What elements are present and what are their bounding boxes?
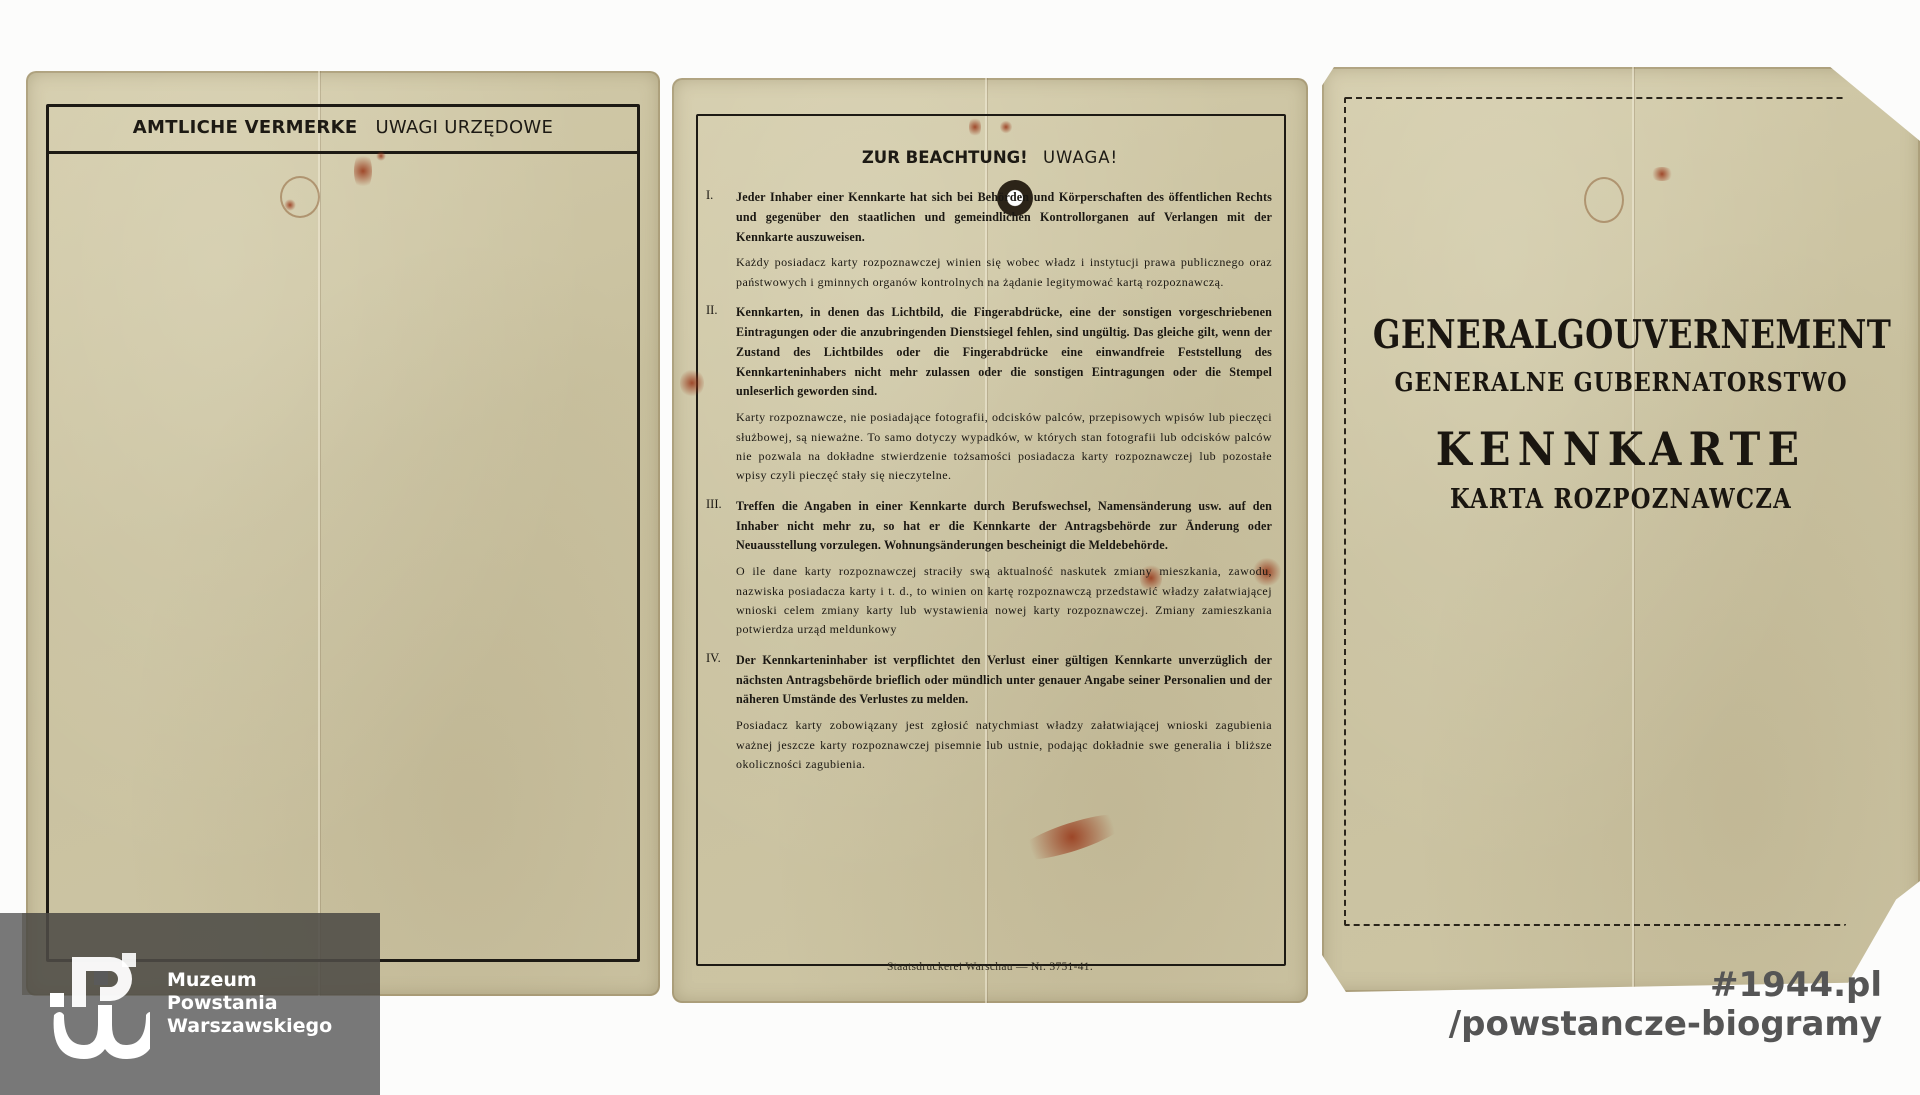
page-instructions: ZUR BEACHTUNG! UWAGA! I. Jeder Inhaber e… — [672, 78, 1308, 1003]
section-numeral: I. — [706, 188, 713, 203]
section-text-polish: Karty rozpoznawcze, nie posiadające foto… — [736, 408, 1272, 486]
cover-title-german-authority: GENERALGOUVERNEMENT — [1373, 312, 1869, 358]
rust-stain — [1000, 120, 1012, 134]
site-brand: #1944.pl /powstancze-biogramy — [1449, 966, 1882, 1044]
rust-stain — [1650, 167, 1674, 181]
kotwica-anchor-logo-icon — [50, 953, 150, 1061]
punch-hole-mark — [280, 176, 320, 218]
museum-name-line: Powstania — [167, 992, 332, 1015]
rust-stain — [969, 116, 981, 138]
section-numeral: II. — [706, 303, 717, 318]
header-rule — [46, 151, 640, 154]
section-numeral: III. — [706, 497, 722, 512]
title-german: AMTLICHE VERMERKE — [133, 117, 358, 138]
section-text-german: Der Kennkarteninhaber ist verpflichtet d… — [736, 651, 1272, 710]
section-text-german: Treffen die Angaben in einer Kennkarte d… — [736, 497, 1272, 556]
rust-stain — [680, 368, 704, 398]
brand-path: /powstancze-biogramy — [1449, 1005, 1882, 1044]
instruction-section: III. Treffen die Angaben in einer Kennka… — [706, 497, 1272, 640]
museum-name-line: Warszawskiego — [167, 1015, 332, 1038]
section-text-polish: Każdy posiadacz karty rozpoznawczej wini… — [736, 253, 1272, 292]
instruction-section: IV. Der Kennkarteninhaber ist verpflicht… — [706, 651, 1272, 775]
section-text-german: Jeder Inhaber einer Kennkarte hat sich b… — [736, 188, 1272, 247]
instruction-section: I. Jeder Inhaber einer Kennkarte hat sic… — [706, 188, 1272, 292]
title-polish: UWAGI URZĘDOWE — [375, 117, 553, 138]
section-text-polish: O ile dane karty rozpoznawczej straciły … — [736, 562, 1272, 640]
rust-stain — [376, 151, 386, 161]
title-german: ZUR BEACHTUNG! — [862, 148, 1028, 167]
section-numeral: IV. — [706, 651, 721, 666]
official-notes-title: AMTLICHE VERMERKE UWAGI URZĘDOWE — [26, 117, 660, 138]
instruction-section: II. Kennkarten, in denen das Lichtbild, … — [706, 303, 1272, 486]
page-border — [46, 104, 640, 962]
cover-title-polish-card: KARTA ROZPOZNAWCZA — [1370, 484, 1872, 515]
page-cover: GENERALGOUVERNEMENT GENERALNE GUBERNATOR… — [1322, 67, 1920, 992]
section-text-polish: Posiadacz karty zobowiązany jest zgłosić… — [736, 716, 1272, 774]
punch-hole-mark — [1584, 177, 1624, 223]
cover-title-polish-authority: GENERALNE GUBERNATORSTWO — [1364, 368, 1878, 398]
document-scan: AMTLICHE VERMERKE UWAGI URZĘDOWE ZUR BEA… — [0, 0, 1920, 1095]
cover-title-kennkarte: KENNKARTE — [1352, 422, 1890, 476]
brand-domain: #1944.pl — [1449, 966, 1882, 1005]
instructions-list: I. Jeder Inhaber einer Kennkarte hat sic… — [706, 188, 1272, 785]
museum-name-line: Muzeum — [167, 969, 332, 992]
rust-stain — [284, 199, 296, 211]
section-text-german: Kennkarten, in denen das Lichtbild, die … — [736, 303, 1272, 402]
museum-watermark: Muzeum Powstania Warszawskiego — [0, 913, 380, 1095]
printer-imprint: Staatsdruckerei Warschau — Nr. 3751-41. — [672, 961, 1308, 973]
cover-title-block: GENERALGOUVERNEMENT GENERALNE GUBERNATOR… — [1322, 312, 1920, 515]
museum-name: Muzeum Powstania Warszawskiego — [167, 969, 332, 1038]
rust-stain — [354, 151, 372, 191]
instructions-title: ZUR BEACHTUNG! UWAGA! — [672, 148, 1308, 167]
title-polish: UWAGA! — [1043, 148, 1118, 167]
page-official-notes: AMTLICHE VERMERKE UWAGI URZĘDOWE — [26, 71, 660, 996]
